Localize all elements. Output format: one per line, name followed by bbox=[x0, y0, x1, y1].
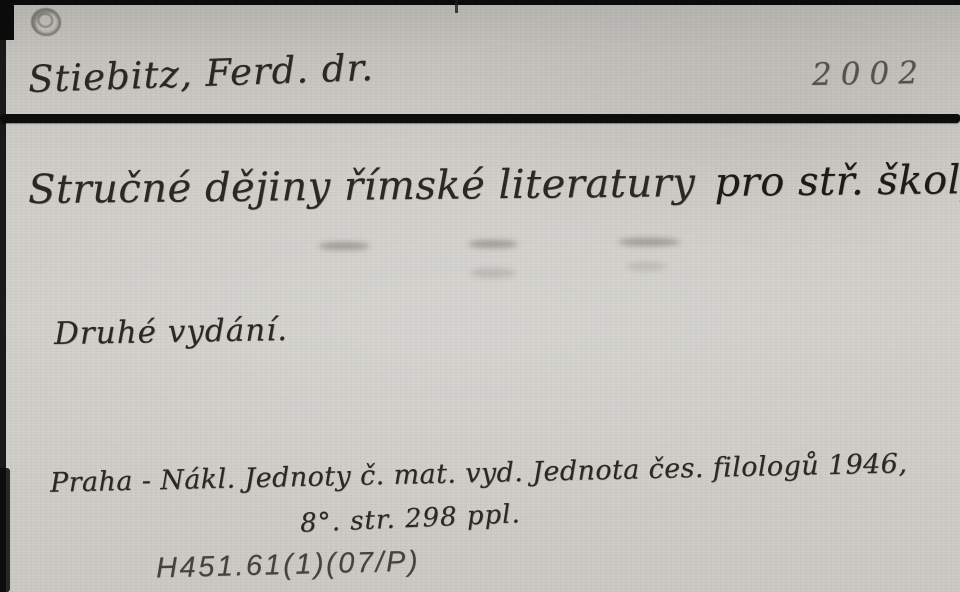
imprint-line: Praha - Nákl. Jednoty č. mat. vyd. Jedno… bbox=[50, 448, 908, 498]
scan-artifact-tick bbox=[455, 0, 458, 13]
title-line: Stručné dějiny římské literatury pro stř… bbox=[28, 157, 960, 213]
scan-edge-top-left bbox=[0, 0, 14, 40]
header-divider-rule bbox=[0, 114, 960, 123]
scan-edge-left-bottom bbox=[0, 468, 10, 592]
title-addition-text: pro stř. školy. bbox=[714, 157, 960, 206]
call-number: H451.61(1)(07/P) bbox=[156, 546, 421, 586]
catalog-card-scan: Stiebitz, Ferd. dr. 2002 Stručné dějiny … bbox=[0, 0, 960, 592]
edition-statement: Druhé vydání. bbox=[54, 312, 288, 352]
ink-smudge bbox=[470, 268, 516, 278]
ink-smudge bbox=[468, 240, 518, 248]
collation-line: 8°. str. 298 ppl. bbox=[299, 499, 521, 539]
author-heading: Stiebitz, Ferd. dr. bbox=[27, 46, 374, 101]
ink-smudge bbox=[618, 238, 680, 246]
embossed-stamp-icon bbox=[28, 5, 63, 39]
scan-edge-top bbox=[0, 0, 960, 5]
ink-smudge bbox=[318, 242, 370, 250]
accession-number: 2002 bbox=[812, 55, 928, 93]
ink-smudge bbox=[626, 262, 666, 271]
title-text: Stručné dějiny římské literatury bbox=[28, 160, 696, 213]
